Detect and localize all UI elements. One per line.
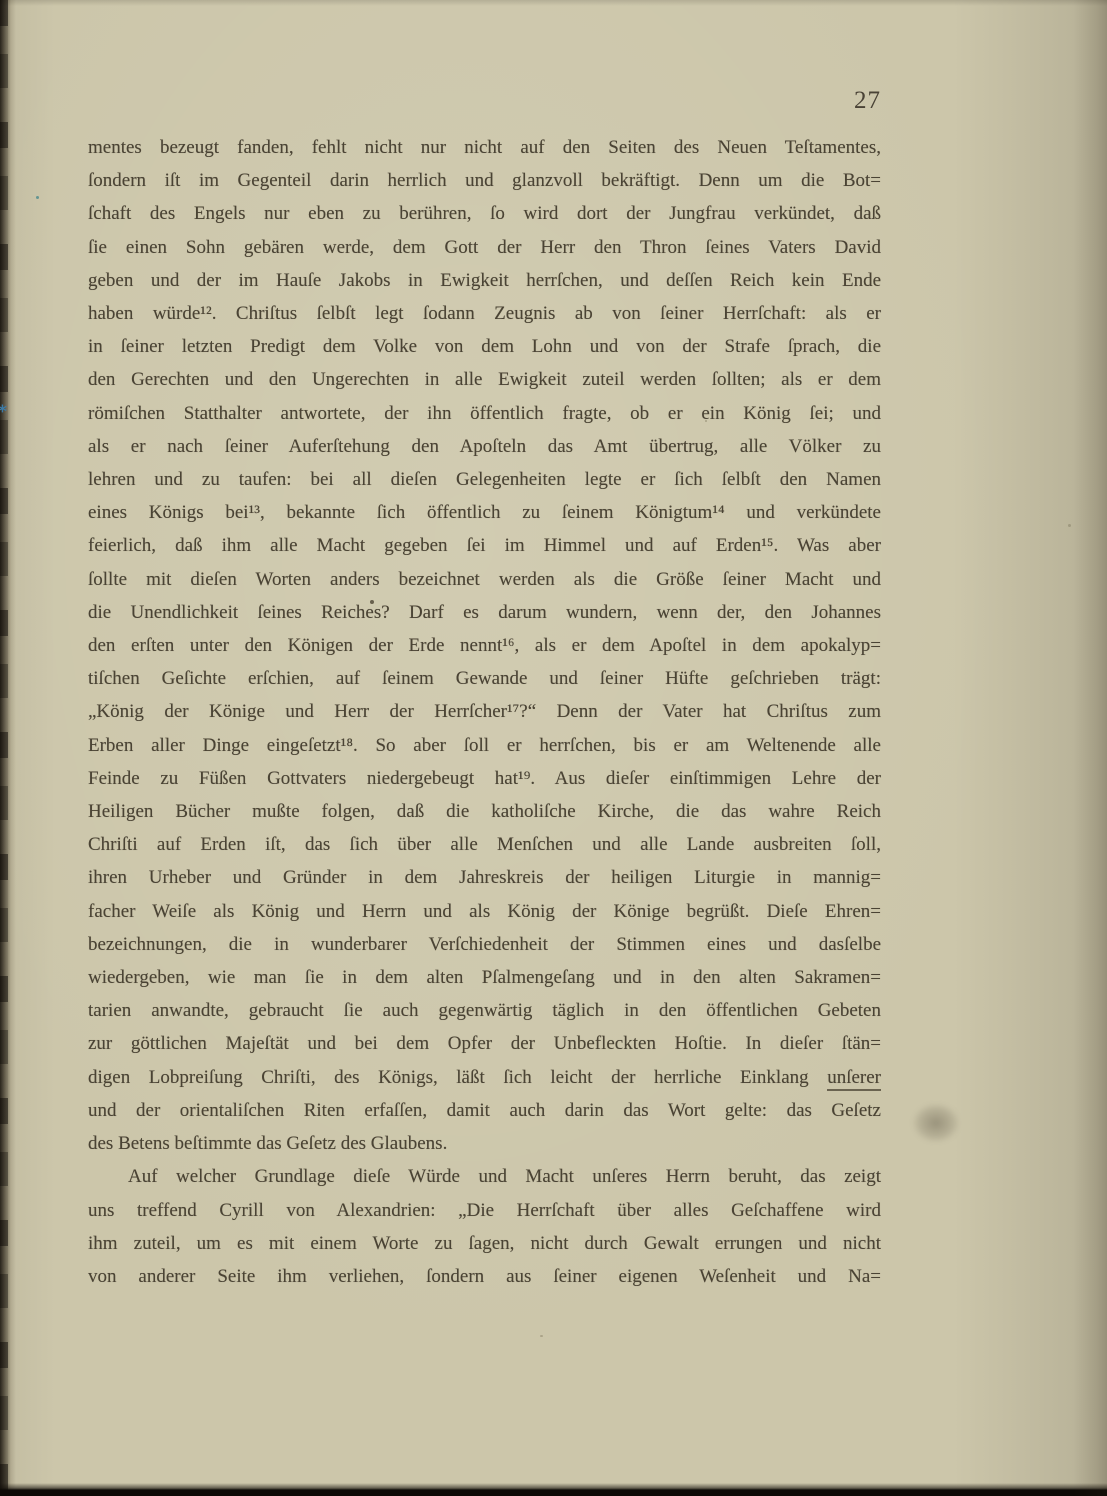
text-line: des Betens beſtimmte das Geſetz des Glau… xyxy=(88,1127,881,1160)
scanned-book-page: 27 mentes bezeugt fanden, fehlt nicht nu… xyxy=(0,0,1107,1496)
ink-speck xyxy=(370,600,374,604)
text-line: ſondern iſt im Gegenteil darin herrlich … xyxy=(88,164,881,197)
text-line: „König der Könige und Herr der Herrſcher… xyxy=(88,695,881,728)
text-line: von anderer Seite ihm verliehen, ſondern… xyxy=(88,1260,881,1293)
text-line: ſollte mit dieſen Worten anders bezeichn… xyxy=(88,563,881,596)
text-line: ihm zuteil, um es mit einem Worte zu ſag… xyxy=(88,1227,881,1260)
text-line: geben und der im Hauſe Jakobs in Ewigkei… xyxy=(88,264,881,297)
text-line: Auf welcher Grundlage dieſe Würde und Ma… xyxy=(88,1160,881,1193)
paper-fleck xyxy=(705,420,707,422)
text-line: zur göttlichen Majeſtät und bei dem Opfe… xyxy=(88,1027,881,1060)
text-block: mentes bezeugt fanden, fehlt nicht nur n… xyxy=(88,131,881,1293)
ink-speck xyxy=(36,196,39,199)
text-line: Feinde zu Füßen Gottvaters niedergebeugt… xyxy=(88,762,881,795)
text-line: die Unendlichkeit ſeines Reiches? Darf e… xyxy=(88,596,881,629)
text-line: Chriſti auf Erden iſt, das ſich über all… xyxy=(88,828,881,861)
text-line: digen Lobpreiſung Chriſti, des Königs, l… xyxy=(88,1061,881,1094)
text-line: Erben aller Dinge eingeſetzt¹⁸. So aber … xyxy=(88,729,881,762)
margin-mark: * xyxy=(0,402,7,422)
text-line: wiedergeben, wie man ſie in dem alten Pſ… xyxy=(88,961,881,994)
text-line: als er nach ſeiner Auferſtehung den Apoſ… xyxy=(88,430,881,463)
text-line: mentes bezeugt fanden, fehlt nicht nur n… xyxy=(88,131,881,164)
text-line: tiſchen Geſichte erſchien, auf ſeinem Ge… xyxy=(88,662,881,695)
text-line: feierlich, daß ihm alle Macht gegeben ſe… xyxy=(88,529,881,562)
text-line: römiſchen Statthalter antwortete, der ih… xyxy=(88,397,881,430)
text-line: bezeichnungen, die in wunderbarer Verſch… xyxy=(88,928,881,961)
book-gutter-edge xyxy=(0,0,16,1496)
text-line: uns treffend Cyrill von Alexandrien: „Di… xyxy=(88,1194,881,1227)
text-line: in ſeiner letzten Predigt dem Volke von … xyxy=(88,330,881,363)
text-line: haben würde¹². Chriſtus ſelbſt legt ſoda… xyxy=(88,297,881,330)
text-line: ſie einen Sohn gebären werde, dem Gott d… xyxy=(88,231,881,264)
page-number: 27 xyxy=(88,86,881,116)
text-line: tarien anwandte, gebraucht ſie auch gege… xyxy=(88,994,881,1027)
paper-fleck xyxy=(1068,524,1071,527)
smudge-stain xyxy=(905,1097,967,1149)
text-line: facher Weiſe als König und Herrn und als… xyxy=(88,895,881,928)
text-line: eines Königs bei¹³, bekannte ſich öffent… xyxy=(88,496,881,529)
scan-bottom-edge xyxy=(0,1483,1107,1496)
text-line: lehren und zu taufen: bei all dieſen Gel… xyxy=(88,463,881,496)
text-line: ſchaft des Engels nur eben zu berühren, … xyxy=(88,197,881,230)
text-line: Heiligen Bücher mußte folgen, daß die ka… xyxy=(88,795,881,828)
paper-fleck xyxy=(540,1335,543,1337)
text-line: den erſten unter den Königen der Erde ne… xyxy=(88,629,881,662)
underlined-word: unſerer xyxy=(827,1067,881,1091)
text-line: ihren Urheber und Gründer in dem Jahresk… xyxy=(88,861,881,894)
page-right-shadow xyxy=(1073,0,1107,1496)
text-line: den Gerechten und den Ungerechten in all… xyxy=(88,363,881,396)
text-line: und der orientaliſchen Riten erfaſſen, d… xyxy=(88,1094,881,1127)
